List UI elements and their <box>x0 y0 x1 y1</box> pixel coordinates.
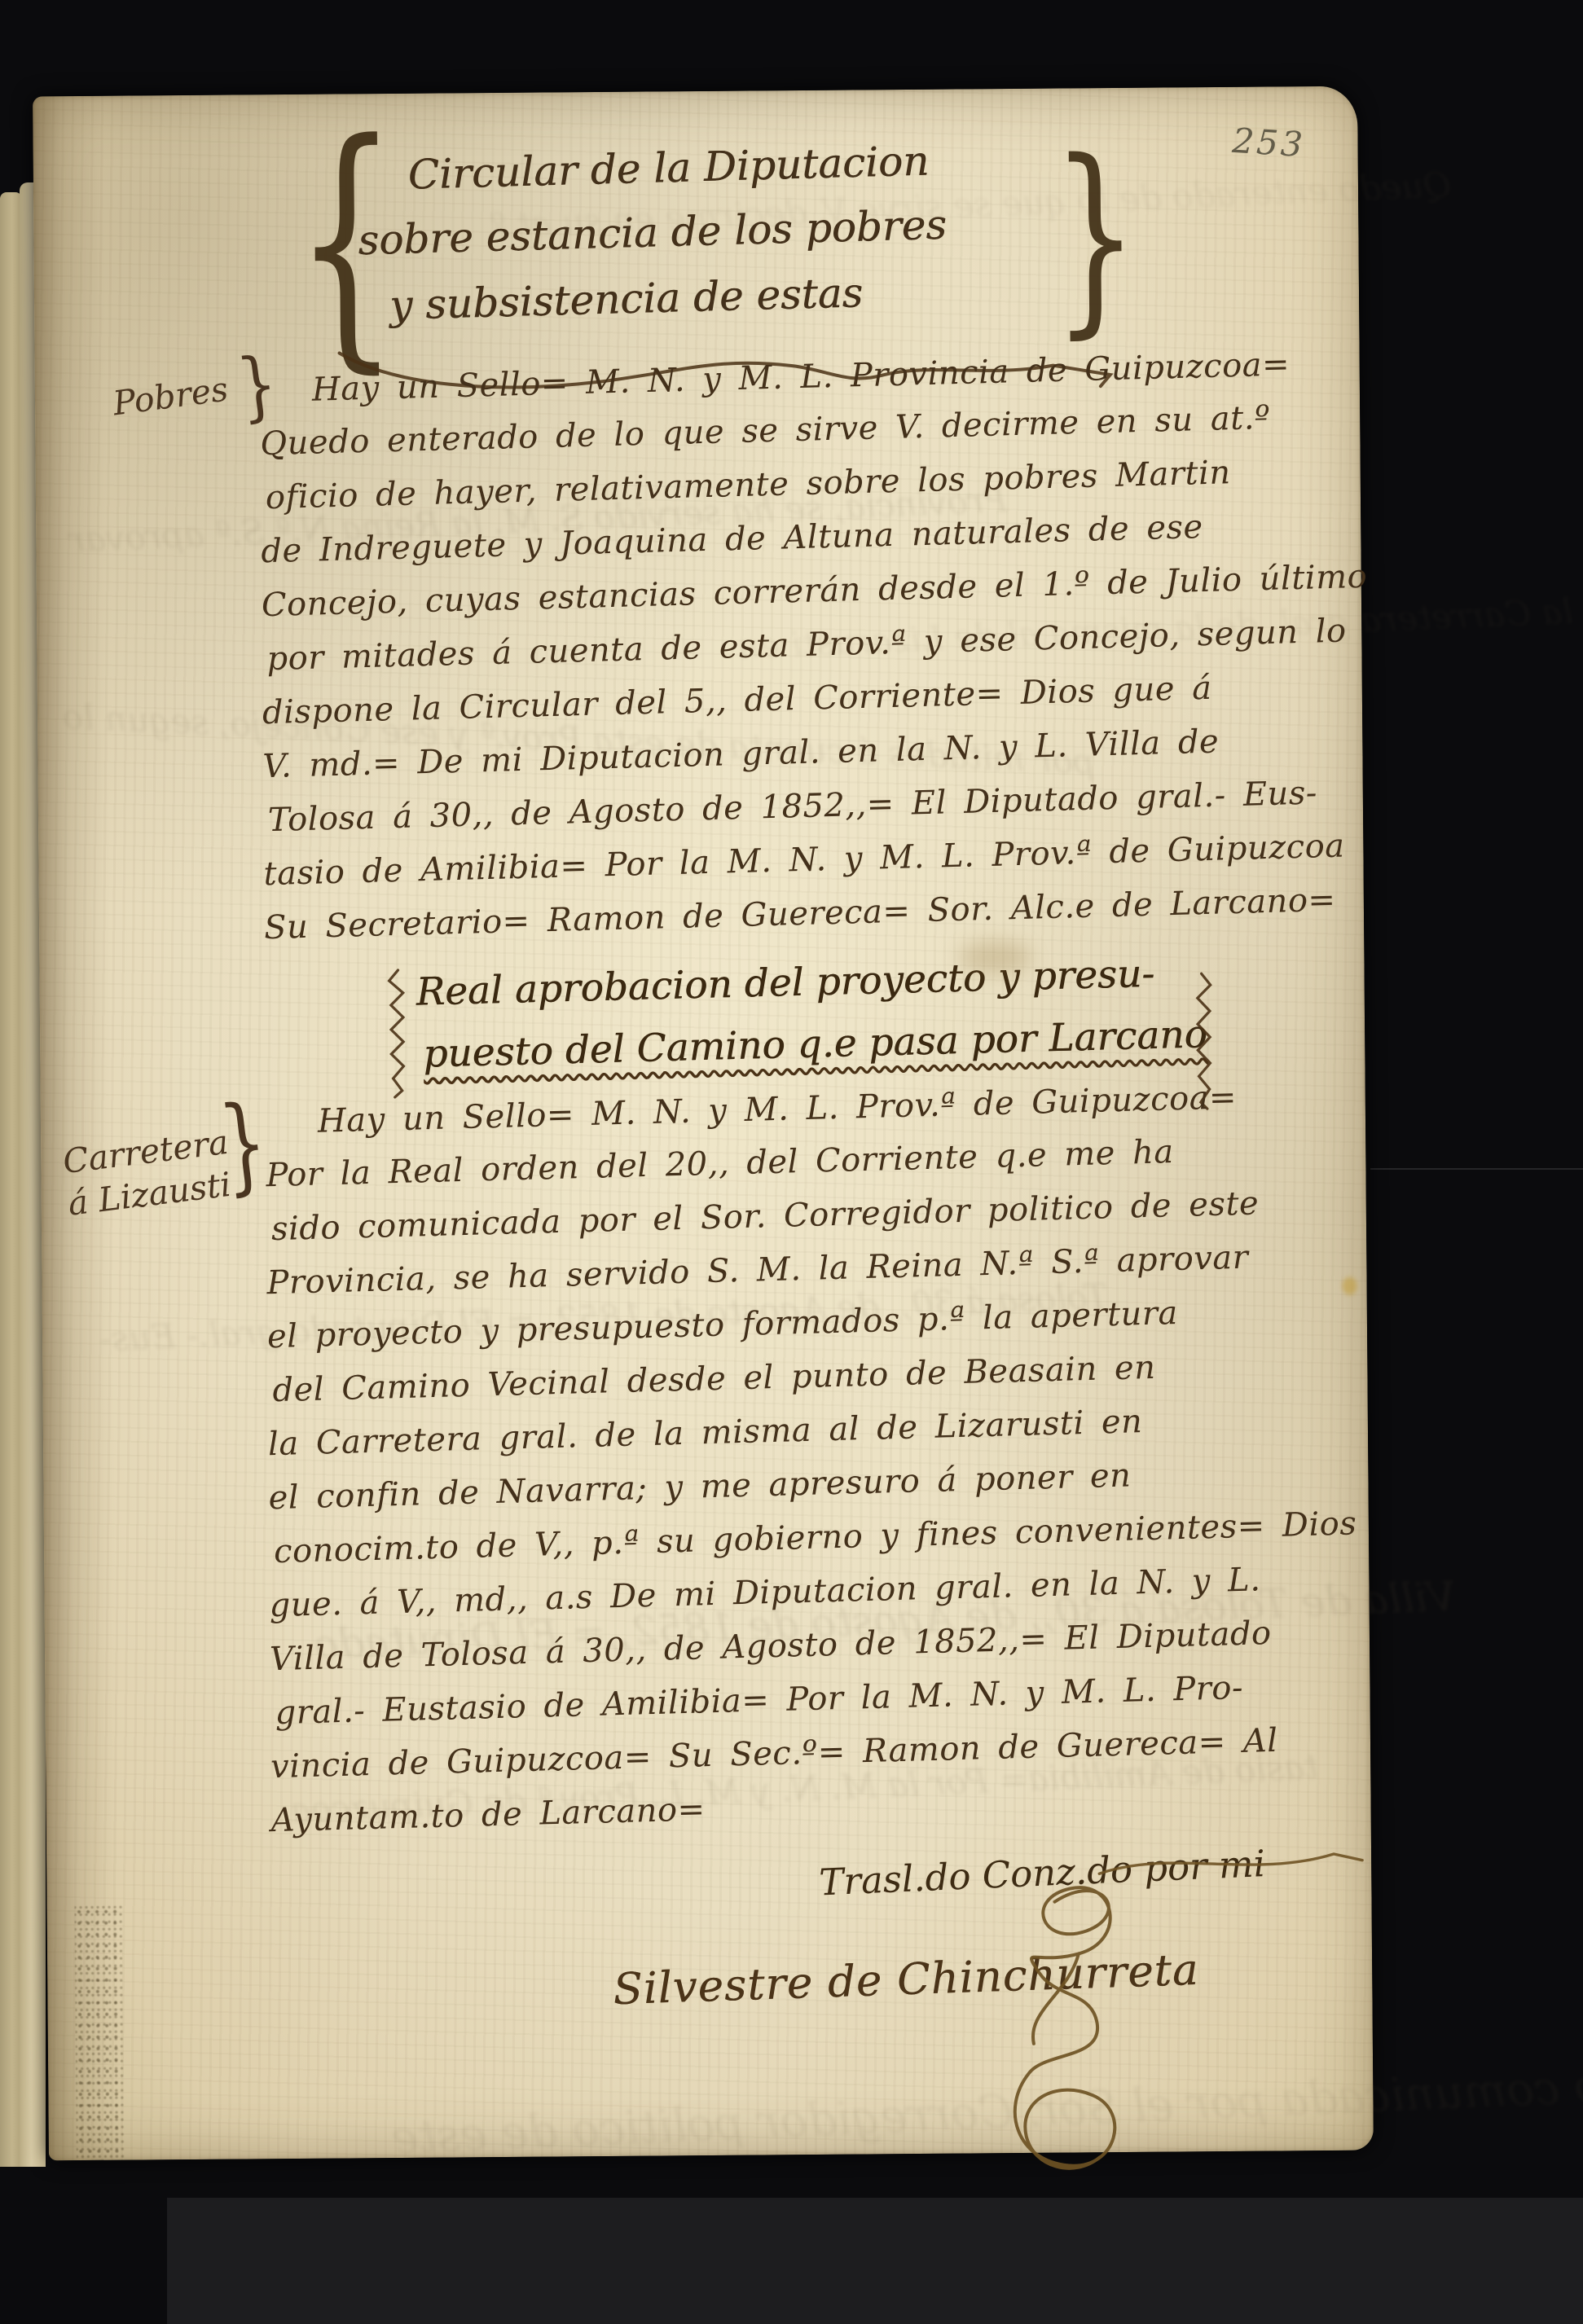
section-1-text: Hay un Sello= M. N. y M. L. Provincia de… <box>260 355 1361 956</box>
scanner-seam-line <box>1370 1168 1583 1170</box>
book-page-edge-strip <box>0 192 22 2167</box>
paper-stain <box>1343 1277 1357 1295</box>
margin-note-label: Pobres <box>111 369 231 423</box>
folio-number: 253 <box>1231 121 1306 165</box>
margin-note-carretera: Carretera á Lizausti } <box>60 1121 235 1225</box>
margin-note-brace: } <box>218 1110 270 1179</box>
bleed-through-text: sido comunicada por el Sor. Corregidor p… <box>390 2057 1583 2164</box>
zigzag-flourish-left <box>385 969 410 1099</box>
margin-note-pobres: Pobres } <box>111 362 279 426</box>
signature: Silvestre de Chinchurreta <box>612 1945 1199 2014</box>
scanner-bed-light-region <box>167 2198 1583 2324</box>
manuscript-page: Provincia, se ha servido S. M. la Reina … <box>33 86 1374 2161</box>
section-2-heading: Real aprobacion del proyecto y presu- pu… <box>416 956 1207 1086</box>
section-2-text: Hay un Sello= M. N. y M. L. Prov.ª de Gu… <box>266 1087 1367 1848</box>
signature-rubric <box>904 1864 1150 2224</box>
ink-speckles <box>75 1906 124 2159</box>
page-title: Circular de la Diputacion sobre estancia… <box>358 137 1117 338</box>
attestation-line: Trasl.do Conz.do por mi <box>818 1842 1266 1904</box>
